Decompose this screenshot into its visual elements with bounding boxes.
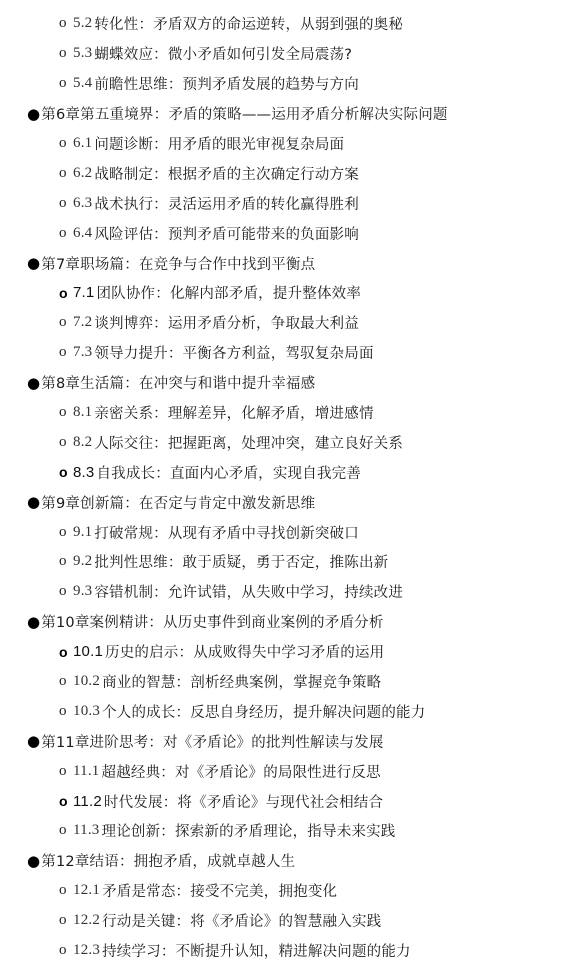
hollow-bullet-icon: o	[59, 912, 73, 929]
hollow-bullet-icon: o	[59, 644, 73, 660]
section-number: 12.1	[73, 882, 100, 899]
toc-chapter-10: ●第10章案例精讲：从历史事件到商业案例的矛盾分析	[0, 607, 561, 637]
filled-bullet-icon: ●	[27, 732, 40, 750]
filled-bullet-icon: ●	[27, 852, 40, 870]
section-number: 12.3	[73, 942, 100, 959]
hollow-bullet-icon: o	[59, 314, 73, 331]
section-title: 个人的成长：反思自身经历，提升解决问题的能力	[102, 701, 425, 722]
section-title: 矛盾是常态：接受不完美，拥抱变化	[102, 880, 337, 901]
hollow-bullet-icon: o	[59, 464, 73, 480]
section-number: 8.3	[73, 464, 94, 481]
hollow-bullet-icon: o	[59, 822, 73, 839]
section-number: 10.2	[73, 673, 100, 690]
hollow-bullet-icon: o	[59, 434, 73, 451]
filled-bullet-icon: ●	[27, 374, 40, 392]
hollow-bullet-icon: o	[59, 135, 73, 152]
filled-bullet-icon: ●	[27, 254, 40, 272]
hollow-bullet-icon: o	[59, 45, 73, 62]
toc-section-12-3: o12.3持续学习：不断提升认知，精进解决问题的能力	[0, 936, 561, 966]
hollow-bullet-icon: o	[59, 703, 73, 720]
filled-bullet-icon: ●	[27, 105, 40, 123]
toc-section-8-3: o8.3自我成长：直面内心矛盾，实现自我完善	[0, 457, 561, 487]
toc-section-9-1: o9.1打破常规：从现有矛盾中寻找创新突破口	[0, 517, 561, 547]
toc-section-10-1: o10.1历史的启示：从成败得失中学习矛盾的运用	[0, 637, 561, 667]
section-title: 理论创新：探索新的矛盾理论，指导未来实践	[102, 820, 396, 841]
hollow-bullet-icon: o	[59, 15, 73, 32]
section-number: 6.2	[73, 165, 92, 182]
section-title: 批判性思维：敢于质疑，勇于否定，推陈出新	[94, 551, 388, 572]
section-number: 11.3	[73, 822, 100, 839]
section-number: 9.2	[73, 553, 92, 570]
hollow-bullet-icon: o	[59, 882, 73, 899]
toc-section-7-1: o7.1团队协作：化解内部矛盾，提升整体效率	[0, 278, 561, 308]
toc-section-6-4: o6.4风险评估：预判矛盾可能带来的负面影响	[0, 218, 561, 248]
toc-section-5-2: o5.2转化性：矛盾双方的命运逆转，从弱到强的奥秘	[0, 9, 561, 39]
hollow-bullet-icon: o	[59, 195, 73, 212]
toc-section-7-2: o7.2谈判博弈：运用矛盾分析，争取最大利益	[0, 308, 561, 338]
chapter-title: 第11章进阶思考：对《矛盾论》的批判性解读与发展	[41, 731, 383, 752]
section-number: 11.2	[73, 793, 102, 810]
section-number: 5.4	[73, 75, 92, 92]
section-title: 前瞻性思维：预判矛盾发展的趋势与方向	[94, 73, 359, 94]
hollow-bullet-icon: o	[59, 285, 73, 301]
chapter-title: 第12章结语：拥抱矛盾，成就卓越人生	[41, 850, 295, 871]
toc-chapter-8: ●第8章生活篇：在冲突与和谐中提升幸福感	[0, 368, 561, 398]
section-number: 11.1	[73, 763, 100, 780]
filled-bullet-icon: ●	[27, 613, 40, 631]
hollow-bullet-icon: o	[59, 583, 73, 600]
section-title: 容错机制：允许试错，从失败中学习，持续改进	[94, 581, 403, 602]
section-number: 9.1	[73, 524, 92, 541]
section-title: 持续学习：不断提升认知，精进解决问题的能力	[102, 940, 411, 961]
toc-section-10-2: o10.2商业的智慧：剖析经典案例，掌握竞争策略	[0, 667, 561, 697]
toc-chapter-9: ●第9章创新篇：在否定与肯定中激发新思维	[0, 487, 561, 517]
chapter-title: 第10章案例精讲：从历史事件到商业案例的矛盾分析	[41, 611, 383, 632]
toc-chapter-11: ●第11章进阶思考：对《矛盾论》的批判性解读与发展	[0, 726, 561, 756]
section-title: 战略制定：根据矛盾的主次确定行动方案	[94, 163, 359, 184]
toc-section-6-3: o6.3战术执行：灵活运用矛盾的转化赢得胜利	[0, 188, 561, 218]
section-title: 超越经典：对《矛盾论》的局限性进行反思	[102, 761, 381, 782]
hollow-bullet-icon: o	[59, 524, 73, 541]
section-title: 问题诊断：用矛盾的眼光审视复杂局面	[94, 133, 344, 154]
section-title: 历史的启示：从成败得失中学习矛盾的运用	[105, 641, 384, 662]
hollow-bullet-icon: o	[59, 942, 73, 959]
toc-section-12-2: o12.2行动是关键：将《矛盾论》的智慧融入实践	[0, 906, 561, 936]
section-title: 行动是关键：将《矛盾论》的智慧融入实践	[102, 910, 381, 931]
toc-chapter-12: ●第12章结语：拥抱矛盾，成就卓越人生	[0, 846, 561, 876]
toc-section-5-3: o5.3蝴蝶效应：微小矛盾如何引发全局震荡?	[0, 39, 561, 69]
hollow-bullet-icon: o	[59, 553, 73, 570]
toc-section-5-4: o5.4前瞻性思维：预判矛盾发展的趋势与方向	[0, 69, 561, 99]
toc-section-8-1: o8.1亲密关系：理解差异，化解矛盾，增进感情	[0, 398, 561, 428]
toc-section-12-1: o12.1矛盾是常态：接受不完美，拥抱变化	[0, 876, 561, 906]
toc-section-11-3: o11.3理论创新：探索新的矛盾理论，指导未来实践	[0, 816, 561, 846]
table-of-contents: o5.2转化性：矛盾双方的命运逆转，从弱到强的奥秘 o5.3蝴蝶效应：微小矛盾如…	[0, 9, 561, 966]
hollow-bullet-icon: o	[59, 165, 73, 182]
section-title: 商业的智慧：剖析经典案例，掌握竞争策略	[102, 671, 381, 692]
hollow-bullet-icon: o	[59, 404, 73, 421]
section-number: 10.3	[73, 703, 100, 720]
hollow-bullet-icon: o	[59, 344, 73, 361]
section-number: 9.3	[73, 583, 92, 600]
chapter-title: 第8章生活篇：在冲突与和谐中提升幸福感	[41, 372, 315, 393]
section-title: 转化性：矛盾双方的命运逆转，从弱到强的奥秘	[94, 13, 403, 34]
toc-chapter-6: ●第6章第五重境界：矛盾的策略——运用矛盾分析解决实际问题	[0, 99, 561, 129]
section-title: 自我成长：直面内心矛盾，实现自我完善	[96, 462, 361, 483]
section-number: 7.3	[73, 344, 92, 361]
toc-section-11-2: o11.2时代发展：将《矛盾论》与现代社会相结合	[0, 786, 561, 816]
hollow-bullet-icon: o	[59, 75, 73, 92]
hollow-bullet-icon: o	[59, 673, 73, 690]
section-number: 7.1	[73, 284, 94, 301]
toc-section-9-2: o9.2批判性思维：敢于质疑，勇于否定，推陈出新	[0, 547, 561, 577]
filled-bullet-icon: ●	[27, 493, 40, 511]
section-number: 5.3	[73, 45, 92, 62]
toc-section-6-1: o6.1问题诊断：用矛盾的眼光审视复杂局面	[0, 129, 561, 159]
section-title: 蝴蝶效应：微小矛盾如何引发全局震荡?	[94, 43, 352, 64]
section-title: 领导力提升：平衡各方利益，驾驭复杂局面	[94, 342, 373, 363]
toc-chapter-7: ●第7章职场篇：在竞争与合作中找到平衡点	[0, 248, 561, 278]
section-number: 6.4	[73, 225, 92, 242]
hollow-bullet-icon: o	[59, 793, 73, 809]
section-title: 打破常规：从现有矛盾中寻找创新突破口	[94, 522, 359, 543]
section-title: 谈判博弈：运用矛盾分析，争取最大利益	[94, 312, 359, 333]
toc-section-6-2: o6.2战略制定：根据矛盾的主次确定行动方案	[0, 158, 561, 188]
section-number: 12.2	[73, 912, 100, 929]
toc-section-11-1: o11.1超越经典：对《矛盾论》的局限性进行反思	[0, 756, 561, 786]
hollow-bullet-icon: o	[59, 763, 73, 780]
section-title: 人际交往：把握距离，处理冲突，建立良好关系	[94, 432, 403, 453]
section-title: 亲密关系：理解差异，化解矛盾，增进感情	[94, 402, 373, 423]
section-number: 8.2	[73, 434, 92, 451]
toc-section-9-3: o9.3容错机制：允许试错，从失败中学习，持续改进	[0, 577, 561, 607]
section-number: 6.3	[73, 195, 92, 212]
chapter-title: 第9章创新篇：在否定与肯定中激发新思维	[41, 492, 315, 513]
section-number: 6.1	[73, 135, 92, 152]
chapter-title: 第7章职场篇：在竞争与合作中找到平衡点	[41, 253, 315, 274]
section-title: 风险评估：预判矛盾可能带来的负面影响	[94, 223, 359, 244]
section-number: 10.1	[73, 643, 103, 660]
hollow-bullet-icon: o	[59, 225, 73, 242]
toc-section-7-3: o7.3领导力提升：平衡各方利益，驾驭复杂局面	[0, 338, 561, 368]
toc-section-10-3: o10.3个人的成长：反思自身经历，提升解决问题的能力	[0, 696, 561, 726]
chapter-title: 第6章第五重境界：矛盾的策略——运用矛盾分析解决实际问题	[41, 103, 447, 124]
section-number: 8.1	[73, 404, 92, 421]
section-number: 5.2	[73, 15, 92, 32]
section-title: 战术执行：灵活运用矛盾的转化赢得胜利	[94, 193, 359, 214]
toc-section-8-2: o8.2人际交往：把握距离，处理冲突，建立良好关系	[0, 427, 561, 457]
section-title: 时代发展：将《矛盾论》与现代社会相结合	[104, 791, 383, 812]
section-title: 团队协作：化解内部矛盾，提升整体效率	[96, 282, 361, 303]
section-number: 7.2	[73, 314, 92, 331]
